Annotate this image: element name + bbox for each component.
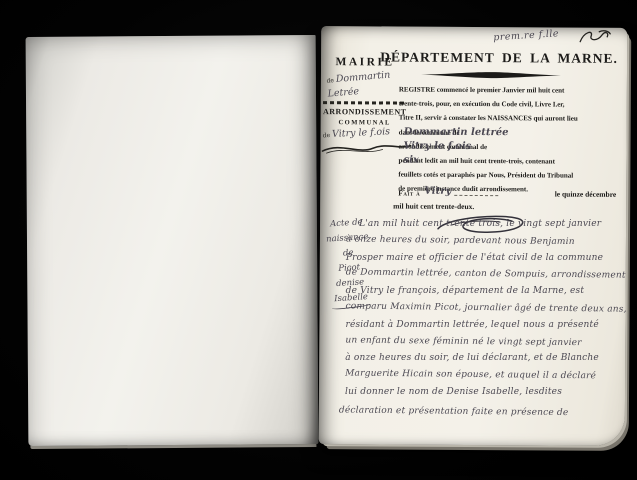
fait-a-line: Fait àVitry le quinze décembre <box>398 188 618 200</box>
registre-line: trente-trois, pour, en exécution du Code… <box>399 98 621 114</box>
arrondissement-commune-value: Vitry le f.ois <box>332 126 390 140</box>
registre-line: pendant ledit an mil huit cent trente-tr… <box>398 155 620 171</box>
arrondissement-de-label: de <box>323 132 331 139</box>
registre-printed-text: trente-trois, pour, en exécution du Code… <box>399 98 565 112</box>
act-line: résidant à Dommartin lettrée, lequel nou… <box>345 317 623 334</box>
act-line: Prosper maire et officier de l'état civi… <box>346 250 624 267</box>
registre-line: feuillets cotés et paraphés par Nous, Pr… <box>398 169 620 185</box>
act-line: Marguerite Hicain son épouse, et auquel … <box>345 366 623 386</box>
registre-line: arrondissement communal deVitry le f.ois <box>398 140 620 156</box>
act-line: comparu Maximin Picot, journalier âgé de… <box>345 298 623 318</box>
act-line: un enfant du sexe féminin né le vingt se… <box>345 332 623 352</box>
mairie-block: MAIRIE deDommartin Letrée ARRONDISSEMENT… <box>320 56 409 157</box>
fait-place-handwritten: Vitry <box>424 186 451 197</box>
act-line: à onze heures du soir, pardevant nous Be… <box>346 231 624 251</box>
act-line: de Dommartin lettrée, canton de Sompuis,… <box>346 265 624 285</box>
dashed-divider-rule <box>323 101 407 105</box>
mairie-commune-handwritten: deDommartin Letrée <box>326 67 410 101</box>
act-line: à onze heures du soir, de lui déclarant,… <box>345 350 623 367</box>
registre-handwritten-fill: Vitry le f.ois <box>404 140 472 151</box>
registre-printed-text: feuillets cotés et paraphés par Nous, Pr… <box>398 169 573 183</box>
registre-printed-text: Titre II, servir à constater les NAISSAN… <box>399 112 578 126</box>
registre-line: Titre II, servir à constater les NAISSAN… <box>399 112 621 128</box>
act-line: L'an mil huit cent trente trois, le ving… <box>359 216 624 233</box>
registre-printed-text: REGISTRE commencé le premier Janvier mil… <box>399 84 565 98</box>
page-title: DÉPARTEMENT DE LA MARNE. <box>377 49 621 66</box>
right-form-page: prem.re f.lle DÉPARTEMENT DE LA MARNE. M… <box>319 26 628 446</box>
arrondissement-commune-handwritten: deVitry le f.ois <box>322 125 408 140</box>
act-line: lui donner le nom de Denise Isabelle, le… <box>345 384 623 401</box>
act-line: de Vitry le françois, département de la … <box>346 283 624 300</box>
birth-act-body: L'an mil huit cent trente trois, le ving… <box>345 215 624 421</box>
registre-handwritten-fill: Dommartin lettrée <box>404 126 509 138</box>
registre-line: dans la commune deDommartin lettrée <box>399 126 621 142</box>
registre-printed-text: pendant ledit an mil huit cent trente-tr… <box>398 155 555 169</box>
fait-date-text: le quinze décembre <box>555 189 617 198</box>
fill-in-dashes <box>454 189 498 196</box>
mairie-commune-line2: Letrée <box>327 86 359 100</box>
registre-preamble: REGISTRE commencé le premier Janvier mil… <box>398 84 621 199</box>
act-line: déclaration et présentation faite en pré… <box>339 402 623 422</box>
mairie-commune-line1: Dommartin <box>335 70 390 85</box>
title-swelled-rule <box>419 71 563 80</box>
register-scan: prem.re f.lle DÉPARTEMENT DE LA MARNE. M… <box>0 0 637 480</box>
arrondissement-label: ARRONDISSEMENT <box>321 107 409 117</box>
mairie-label: MAIRIE <box>321 56 409 69</box>
left-blank-page <box>26 35 319 446</box>
registre-line: REGISTRE commencé le premier Janvier mil… <box>399 84 621 100</box>
mairie-de-label: de <box>326 77 334 85</box>
corner-paraph-mark <box>577 28 613 48</box>
registre-handwritten-fill: six <box>403 155 418 166</box>
folio-annotation: prem.re f.lle <box>493 28 559 43</box>
fait-a-label: Fait à <box>398 189 420 198</box>
